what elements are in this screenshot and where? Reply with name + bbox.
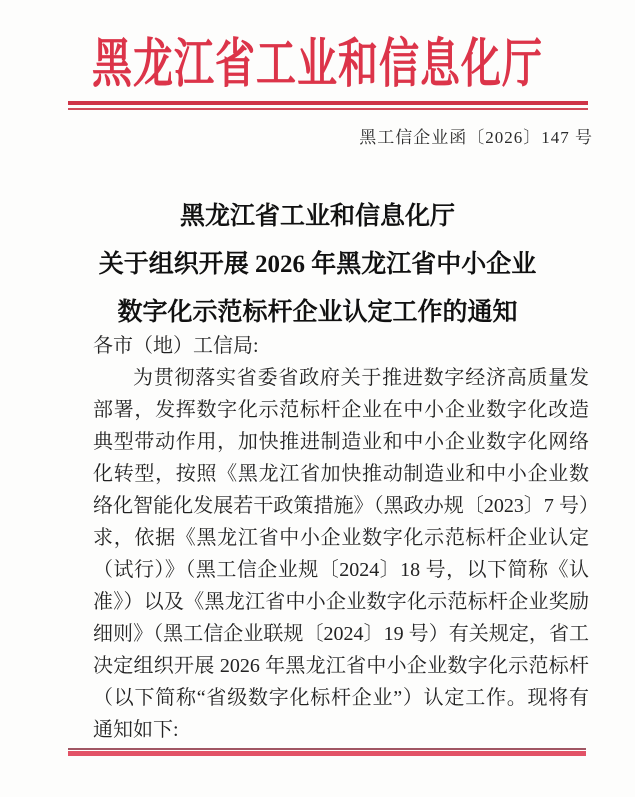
footer-rule-thin-line: [68, 748, 586, 750]
body-line: 为贯彻落实省委省政府关于推进数字经济高质量发展决策: [93, 362, 589, 394]
body-line: 典型带动作用，加快推进制造业和中小企业数字化网络化智能: [93, 426, 589, 458]
footer-double-rule: [68, 748, 586, 756]
letterhead-agency-title: 黑龙江省工业和信息化厅: [0, 22, 635, 97]
salutation-line: 各市（地）工信局:: [93, 330, 589, 362]
body-line: 求，依据《黑龙江省中小企业数字化示范标杆企业认定标准: [93, 522, 589, 554]
document-title: 黑龙江省工业和信息化厅 关于组织开展 2026 年黑龙江省中小企业 数字化示范标…: [0, 193, 635, 337]
body-line: 准》）以及《黑龙江省中小企业数字化示范标杆企业奖励实施: [93, 586, 589, 618]
body-line: 化转型，按照《黑龙江省加快推动制造业和中小企业数字化网: [93, 458, 589, 490]
document-reference-number: 黑工信企业函〔2026〕147 号: [359, 123, 593, 148]
body-line: （试行）》（黑工信企业规〔2024〕18 号，以下简称《认定标: [93, 554, 589, 586]
document-title-line: 关于组织开展 2026 年黑龙江省中小企业: [0, 241, 635, 289]
document-title-line: 黑龙江省工业和信息化厅: [0, 193, 635, 241]
body-line: 络化智能化发展若干政策措施》（黑政办规〔2023〕7 号）要: [93, 490, 589, 522]
footer-rule-thick-line: [68, 751, 586, 756]
header-double-rule: [68, 101, 588, 110]
body-line: 部署，发挥数字化示范标杆企业在中小企业数字化改造中的: [93, 394, 589, 426]
official-document-page: 黑龙江省工业和信息化厅 黑工信企业函〔2026〕147 号 黑龙江省工业和信息化…: [0, 0, 635, 797]
body-line: （以下简称“省级数字化标杆企业”）认定工作。现将有关事项: [93, 682, 589, 714]
document-body: 各市（地）工信局: 为贯彻落实省委省政府关于推进数字经济高质量发展决策 部署，发…: [93, 330, 589, 746]
body-line: 通知如下:: [93, 714, 589, 746]
body-line: 决定组织开展 2026 年黑龙江省中小企业数字化示范标杆企业: [93, 650, 589, 682]
body-line: 细则》（黑工信企业联规〔2024〕19 号）有关规定，省工信厅: [93, 618, 589, 650]
header-rule-thick-line: [68, 101, 588, 105]
header-rule-thin-line: [68, 108, 588, 110]
